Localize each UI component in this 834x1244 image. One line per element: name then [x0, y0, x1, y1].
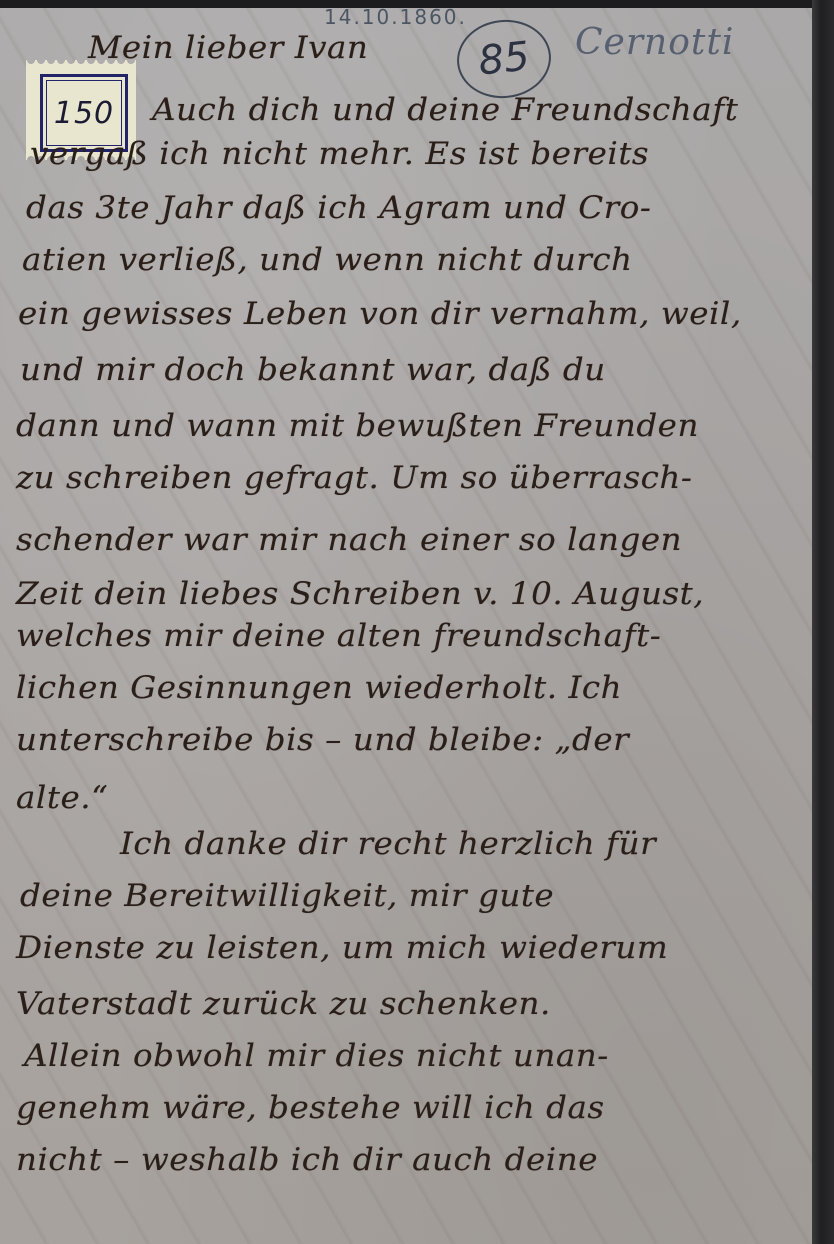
pencil-date-annotation: 14.10.1860.	[324, 5, 467, 29]
letter-line: unterschreibe bis – und bleibe: „der	[16, 722, 629, 758]
letter-line: ein gewisses Leben von dir vernahm, weil…	[18, 296, 742, 332]
letter-line: Allein obwohl mir dies nicht unan-	[24, 1038, 609, 1074]
letter-line: Dienste zu leisten, um mich wiederum	[16, 930, 668, 966]
letter-line: schender war mir nach einer so langen	[16, 522, 682, 558]
letter-line: Vaterstadt zurück zu schenken.	[16, 986, 551, 1022]
letter-line: Zeit dein liebes Schreiben v. 10. August…	[16, 576, 704, 612]
stamp-number: 150	[54, 96, 114, 131]
letter-line: welches mir deine alten freundschaft-	[16, 618, 661, 654]
letter-line: dann und wann mit bewußten Freunden	[16, 408, 699, 444]
scan-border-right	[812, 0, 834, 1244]
letter-line: Ich danke dir recht herzlich für	[120, 826, 656, 862]
letter-line: lichen Gesinnungen wiederholt. Ich	[16, 670, 622, 706]
pencil-name-annotation: Cernotti	[575, 22, 734, 63]
letter-line: Auch dich und deine Freundschaft	[152, 92, 738, 128]
letter-line: atien verließ, und wenn nicht durch	[22, 242, 633, 278]
letter-line: zu schreiben gefragt. Um so überrasch-	[16, 460, 692, 496]
letter-line: nicht – weshalb ich dir auch deine	[16, 1142, 598, 1178]
letter-line: vergaß ich nicht mehr. Es ist bereits	[30, 136, 649, 172]
letter-line: genehm wäre, bestehe will ich das	[16, 1090, 605, 1126]
letter-line: alte.“	[16, 780, 108, 816]
circled-number-text: 85	[476, 33, 531, 84]
letter-line: das 3te Jahr daß ich Agram und Cro-	[26, 190, 651, 226]
letter-line: deine Bereitwilligkeit, mir gute	[20, 878, 554, 914]
letter-salutation: Mein lieber Ivan	[88, 30, 368, 66]
letter-line: und mir doch bekannt war, daß du	[20, 352, 606, 388]
